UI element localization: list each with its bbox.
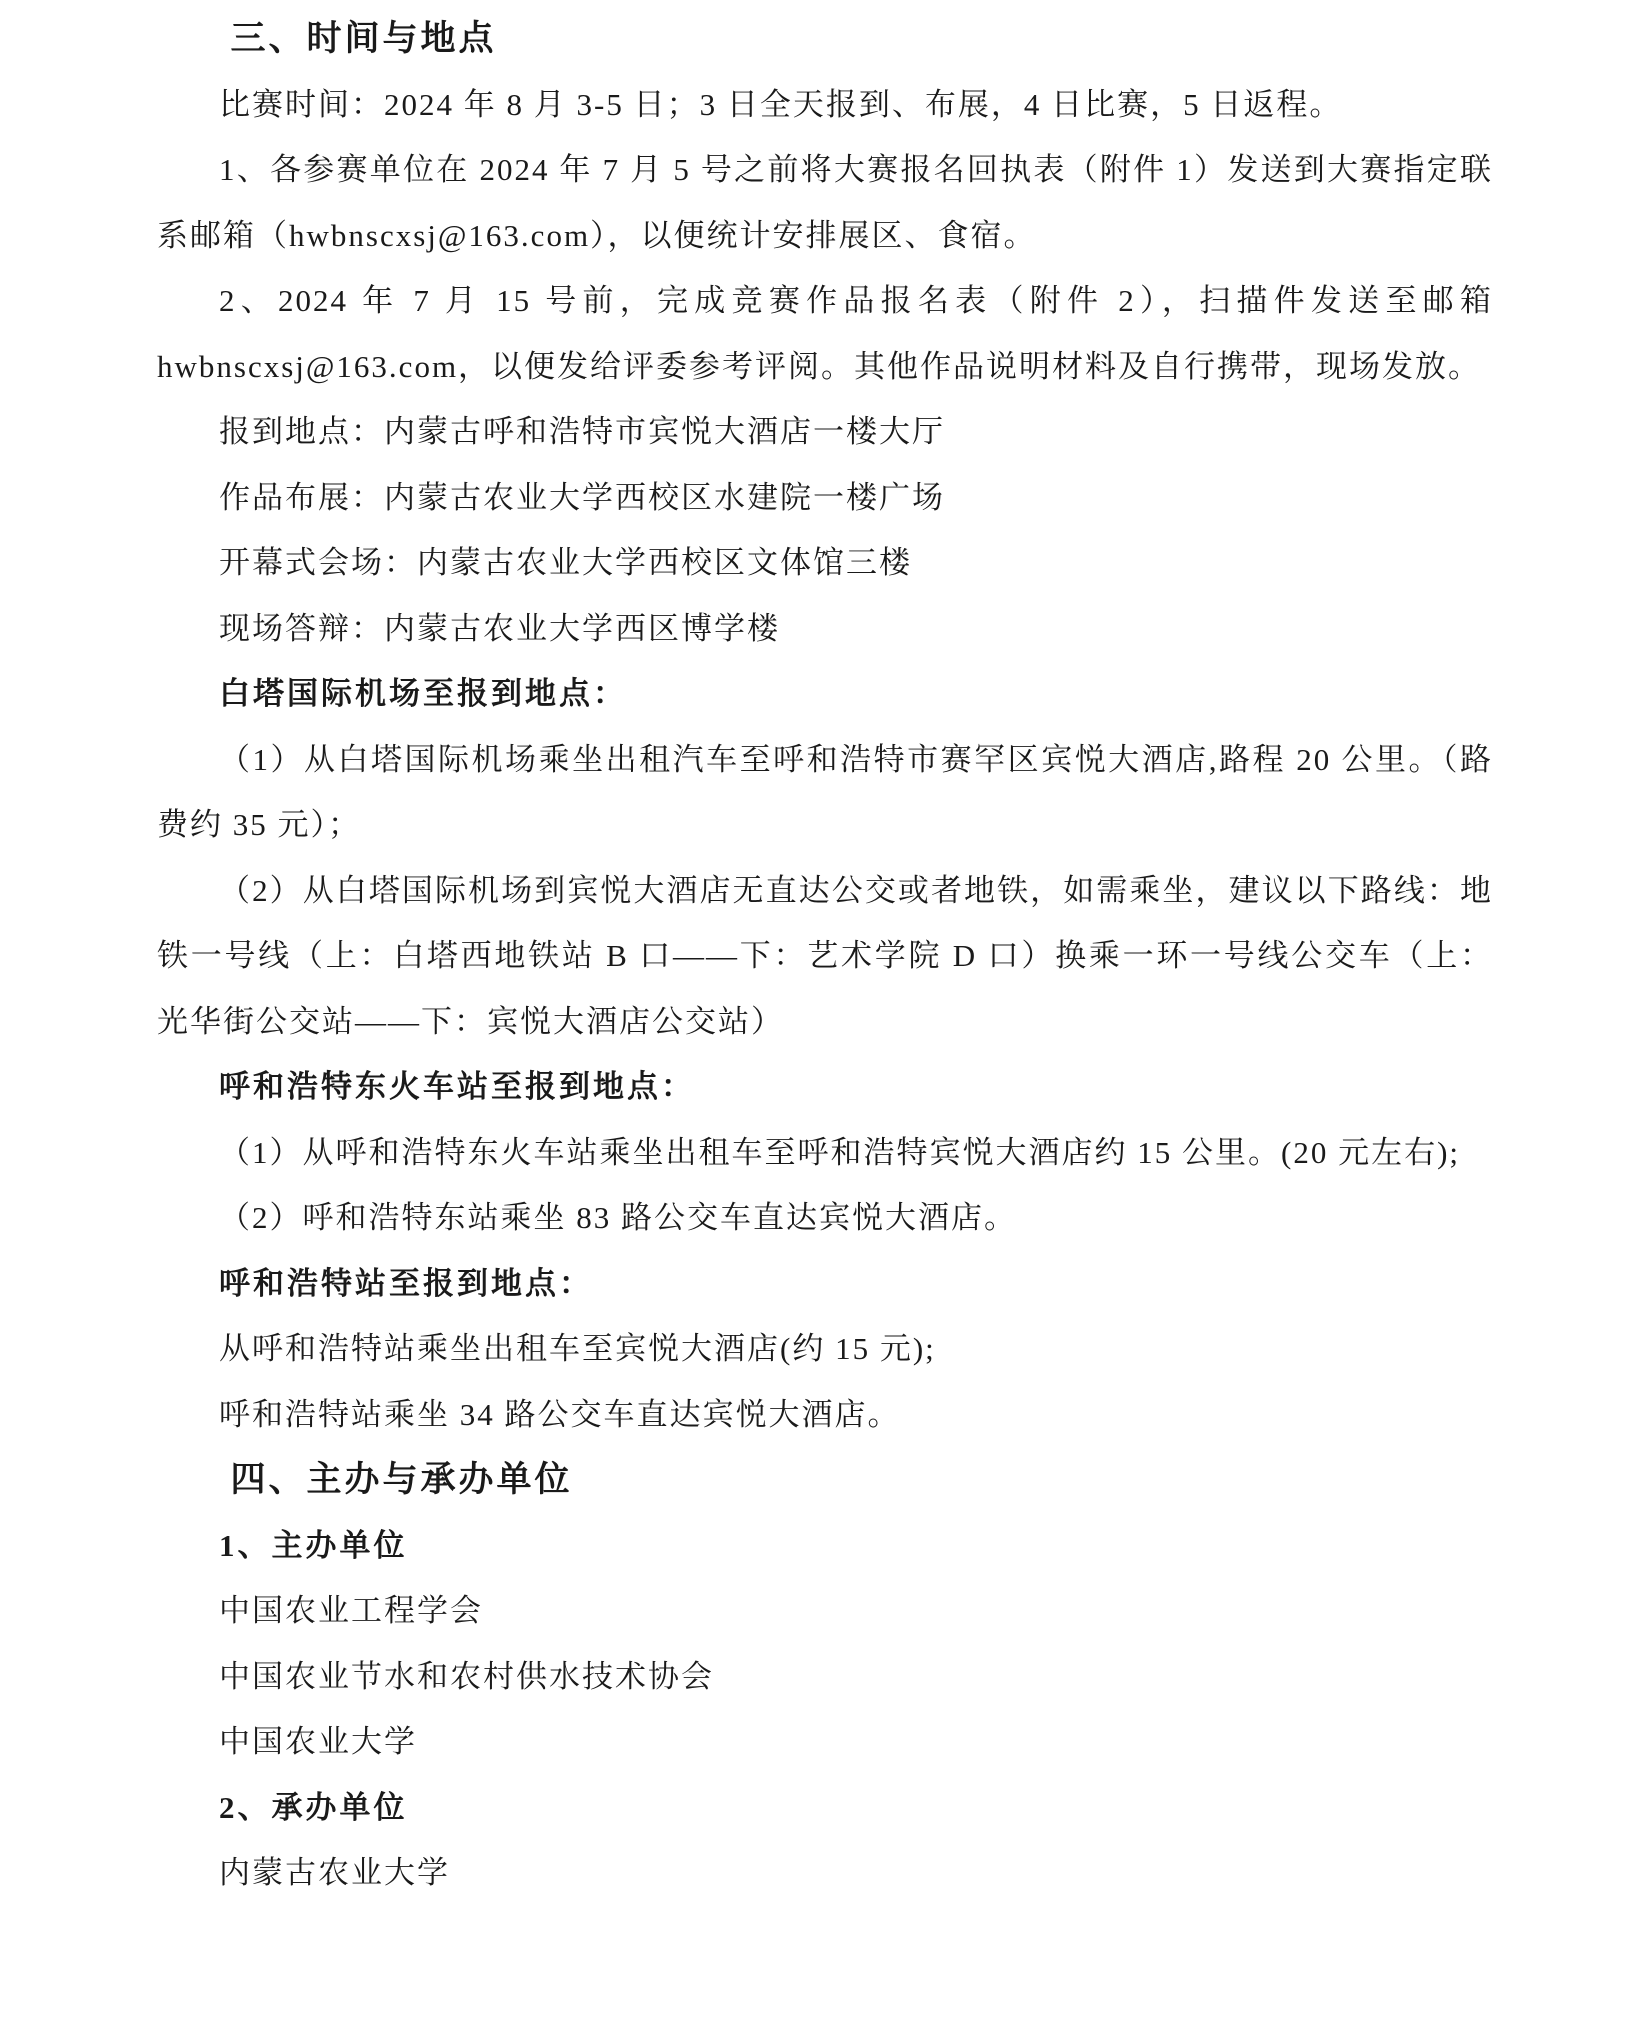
para-hohhot-station-taxi-route: 从呼和浩特站乘坐出租车至宾悦大酒店(约 15 元);: [157, 1316, 1493, 1382]
para-host-unit-1: 中国农业工程学会: [157, 1578, 1493, 1644]
para-organizer-unit-1: 内蒙古农业大学: [157, 1840, 1493, 1906]
subheading-airport-to-checkin: 白塔国际机场至报到地点：: [157, 661, 1493, 727]
para-exhibition-location: 作品布展：内蒙古农业大学西校区水建院一楼广场: [157, 465, 1493, 531]
para-entry-form: 2、2024 年 7 月 15 号前，完成竞赛作品报名表（附件 2），扫描件发送…: [157, 268, 1493, 399]
para-onsite-defense-location: 现场答辩：内蒙古农业大学西区博学楼: [157, 596, 1493, 662]
document-page: 三、时间与地点 比赛时间：2024 年 8 月 3-5 日；3 日全天报到、布展…: [0, 0, 1652, 2035]
para-east-station-taxi-route: （1）从呼和浩特东火车站乘坐出租车至呼和浩特宾悦大酒店约 15 公里。(20 元…: [157, 1120, 1493, 1186]
para-host-unit-3: 中国农业大学: [157, 1709, 1493, 1775]
para-registration-receipt: 1、各参赛单位在 2024 年 7 月 5 号之前将大赛报名回执表（附件 1）发…: [157, 137, 1493, 268]
heading-time-and-location: 三、时间与地点: [157, 6, 1493, 72]
para-checkin-location: 报到地点：内蒙古呼和浩特市宾悦大酒店一楼大厅: [157, 399, 1493, 465]
para-airport-metro-route: （2）从白塔国际机场到宾悦大酒店无直达公交或者地铁，如需乘坐，建议以下路线：地铁…: [157, 858, 1493, 1055]
heading-organizers: 四、主办与承办单位: [157, 1447, 1493, 1513]
para-east-station-bus-route: （2）呼和浩特东站乘坐 83 路公交车直达宾悦大酒店。: [157, 1185, 1493, 1251]
para-hohhot-station-bus-route: 呼和浩特站乘坐 34 路公交车直达宾悦大酒店。: [157, 1382, 1493, 1448]
para-competition-time: 比赛时间：2024 年 8 月 3-5 日；3 日全天报到、布展，4 日比赛，5…: [157, 72, 1493, 138]
subheading-organizer-units: 2、承办单位: [157, 1775, 1493, 1841]
subheading-east-station-to-checkin: 呼和浩特东火车站至报到地点：: [157, 1054, 1493, 1120]
para-host-unit-2: 中国农业节水和农村供水技术协会: [157, 1644, 1493, 1710]
subheading-hohhot-station-to-checkin: 呼和浩特站至报到地点：: [157, 1251, 1493, 1317]
para-opening-ceremony-location: 开幕式会场：内蒙古农业大学西校区文体馆三楼: [157, 530, 1493, 596]
subheading-host-units: 1、主办单位: [157, 1513, 1493, 1579]
para-airport-taxi-route: （1）从白塔国际机场乘坐出租汽车至呼和浩特市赛罕区宾悦大酒店,路程 20 公里。…: [157, 727, 1493, 858]
